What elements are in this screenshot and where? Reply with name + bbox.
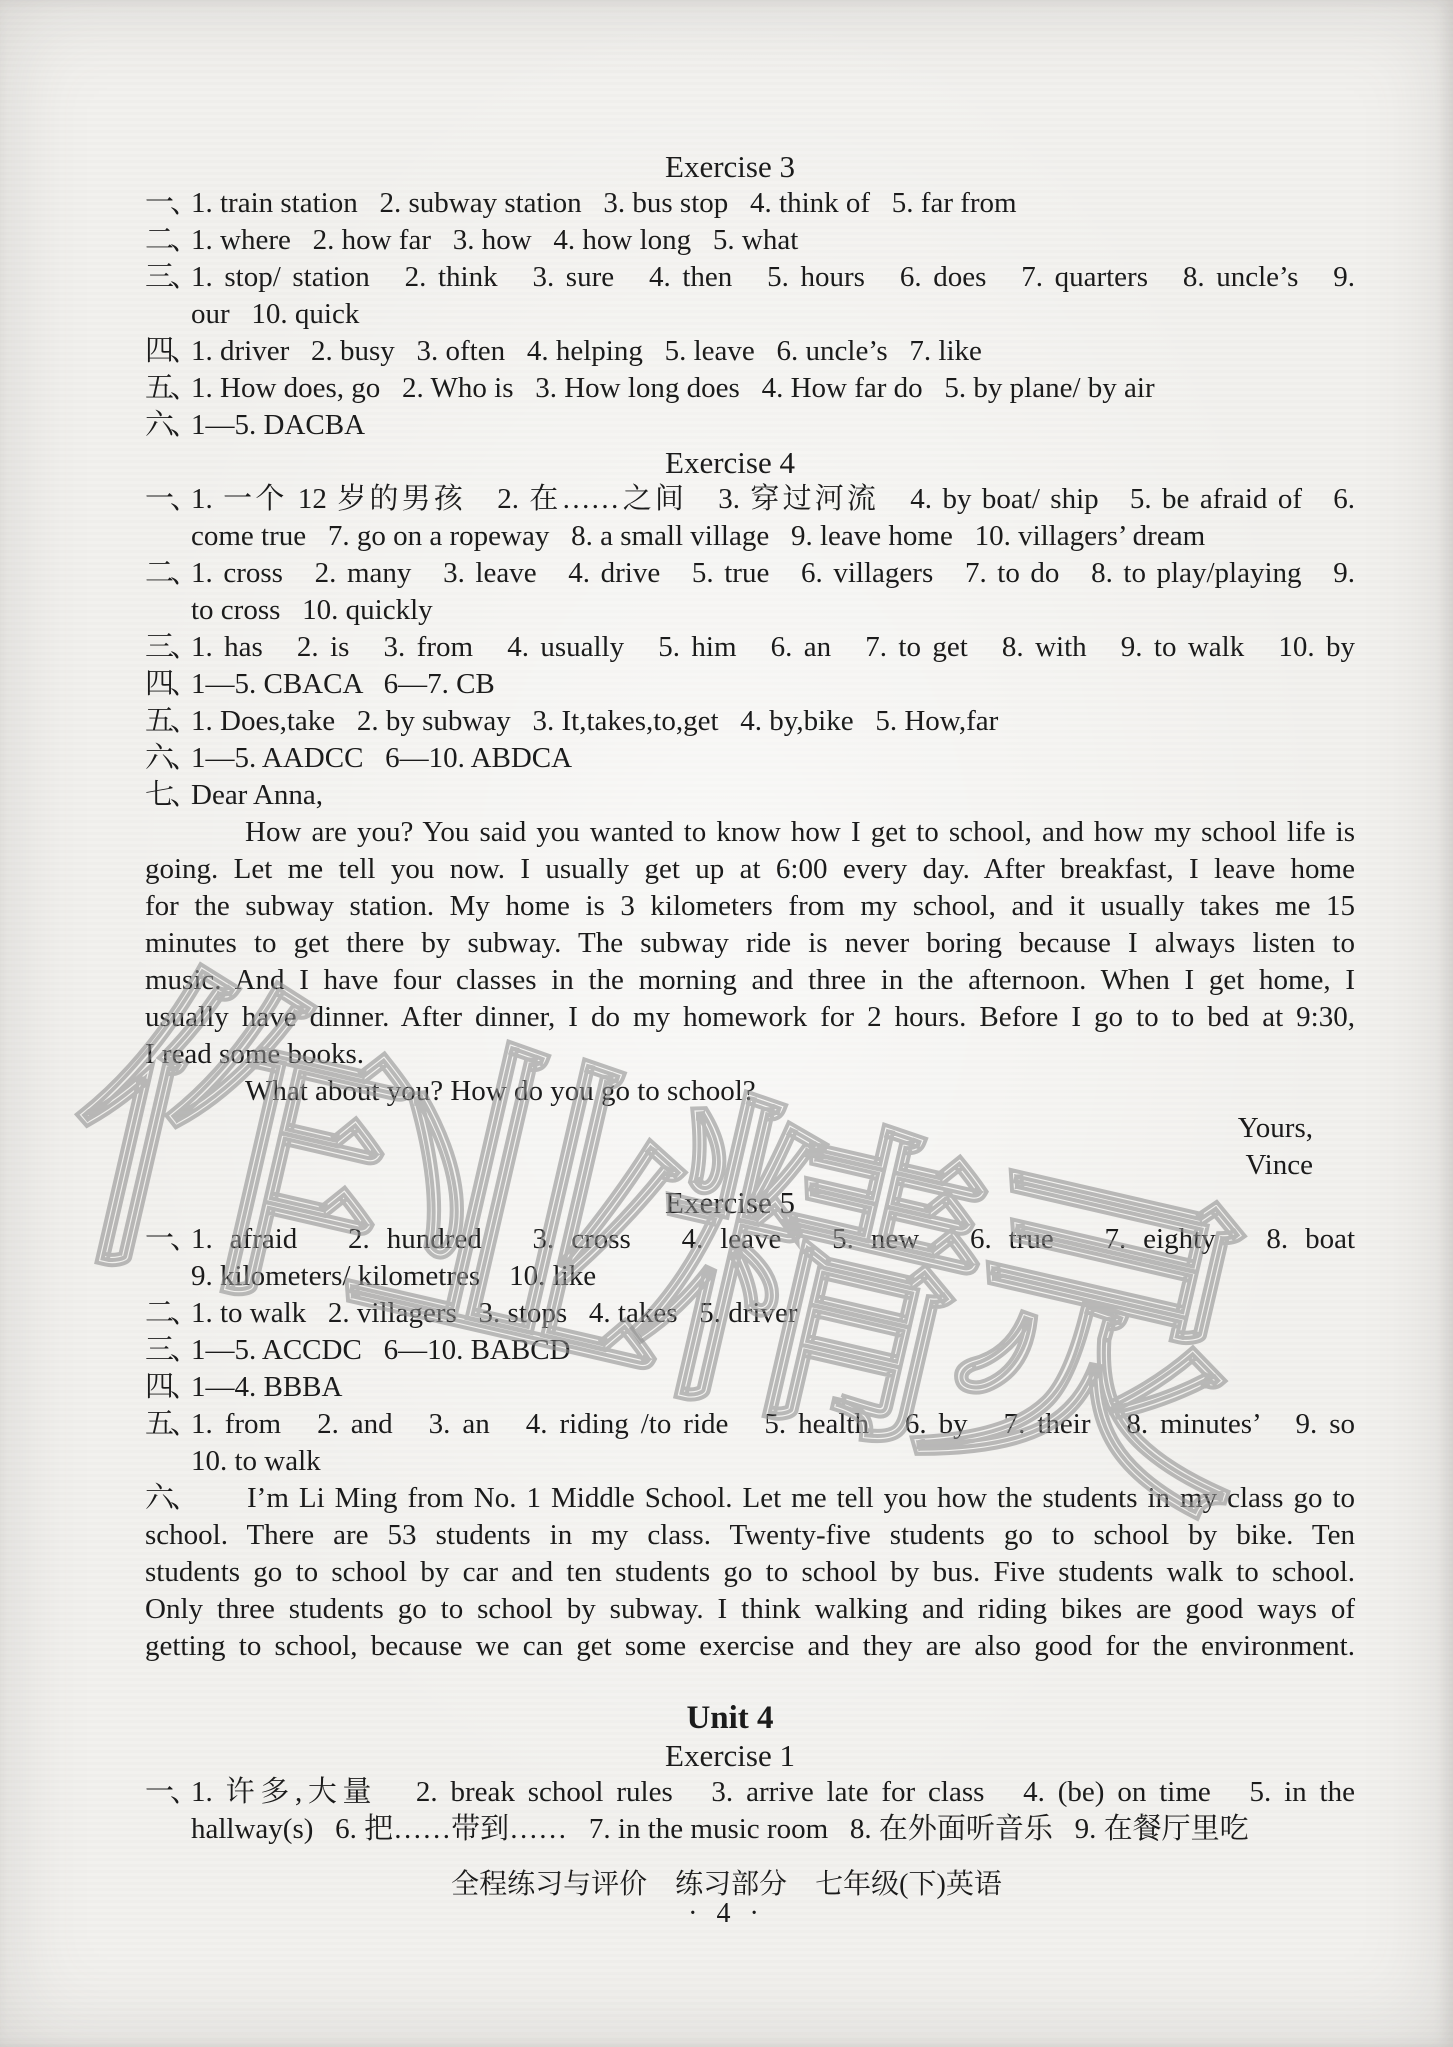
line-text: 1. cross 2. many 3. leave 4. drive 5. tr…: [191, 557, 1355, 589]
continuation-line: to cross 10. quickly: [145, 592, 1355, 629]
line-text: usually have dinner. After dinner, I do …: [145, 1001, 1355, 1033]
paragraph-line: minutes to get there by subway. The subw…: [145, 925, 1355, 962]
answer-line: 五、1. from 2. and 3. an 4. riding /to rid…: [145, 1406, 1355, 1443]
section-label: 三、: [145, 259, 191, 296]
line-text: 1. to walk 2. villagers 3. stops 4. take…: [191, 1297, 798, 1329]
section-label: 四、: [145, 333, 191, 370]
line-text: come true 7. go on a ropeway 8. a small …: [191, 520, 1205, 552]
line-text: hallway(s) 6. 把……带到…… 7. in the music ro…: [191, 1813, 1249, 1845]
paragraph-line: students go to school by car and ten stu…: [145, 1554, 1355, 1591]
line-text: school. There are 53 students in my clas…: [145, 1519, 1355, 1551]
signature-line: Yours,: [145, 1110, 1355, 1147]
line-text: Exercise 3: [665, 149, 795, 184]
paragraph-line: music. And I have four classes in the mo…: [145, 962, 1355, 999]
line-text: 1—5. AADCC 6—10. ABDCA: [191, 742, 572, 774]
answer-line: 二、1. to walk 2. villagers 3. stops 4. ta…: [145, 1295, 1355, 1332]
answer-line: 一、1. 许多,大量 2. break school rules 3. arri…: [145, 1774, 1355, 1811]
line-text: Vince: [1245, 1149, 1313, 1181]
section-label: 五、: [145, 370, 191, 407]
line-text: Dear Anna,: [191, 779, 323, 811]
line-text: 1. 许多,大量 2. break school rules 3. arrive…: [191, 1776, 1355, 1808]
line-text: for the subway station. My home is 3 kil…: [145, 890, 1355, 922]
exercise-heading: Exercise 4: [145, 444, 1355, 481]
line-text: 1—5. CBACA 6—7. CB: [191, 668, 495, 700]
line-text: 1. afraid 2. hundred 3. cross 4. leave 5…: [191, 1223, 1355, 1255]
answer-line: 五、1. Does,take 2. by subway 3. It,takes,…: [145, 703, 1355, 740]
line-text: 1. train station 2. subway station 3. bu…: [191, 187, 1017, 219]
line-text: 1. where 2. how far 3. how 4. how long 5…: [191, 224, 798, 256]
answer-line: 一、1. afraid 2. hundred 3. cross 4. leave…: [145, 1221, 1355, 1258]
answer-line: 二、1. where 2. how far 3. how 4. how long…: [145, 222, 1355, 259]
line-text: 1. has 2. is 3. from 4. usually 5. him 6…: [191, 631, 1355, 663]
paragraph-line: school. There are 53 students in my clas…: [145, 1517, 1355, 1554]
paragraph-line: usually have dinner. After dinner, I do …: [145, 999, 1355, 1036]
paragraph-line: How are you? You said you wanted to know…: [145, 814, 1355, 851]
line-text: going. Let me tell you now. I usually ge…: [145, 853, 1355, 885]
line-text: getting to school, because we can get so…: [145, 1630, 1355, 1662]
line-text: What about you? How do you go to school?: [245, 1075, 756, 1107]
answer-line: 三、1. has 2. is 3. from 4. usually 5. him…: [145, 629, 1355, 666]
answer-line: 六、1—5. DACBA: [145, 407, 1355, 444]
section-label: 六、: [145, 1480, 191, 1517]
line-text: Exercise 1: [665, 1738, 795, 1773]
section-label: 五、: [145, 703, 191, 740]
section-label: 四、: [145, 666, 191, 703]
answer-key-content: Exercise 3一、1. train station 2. subway s…: [145, 148, 1355, 1848]
unit-heading: Unit 4: [145, 1700, 1355, 1737]
paragraph-line: Only three students go to school by subw…: [145, 1591, 1355, 1628]
answer-line: 一、1. 一个 12 岁的男孩 2. 在……之间 3. 穿过河流 4. by b…: [145, 481, 1355, 518]
answer-line: 三、1. stop/ station 2. think 3. sure 4. t…: [145, 259, 1355, 296]
exercise-heading: Exercise 5: [145, 1184, 1355, 1221]
paragraph-line: getting to school, because we can get so…: [145, 1628, 1355, 1665]
line-text: Exercise 5: [665, 1185, 795, 1220]
paragraph-line: What about you? How do you go to school?: [145, 1073, 1355, 1110]
line-text: Exercise 4: [665, 445, 795, 480]
answer-line: 四、1—4. BBBA: [145, 1369, 1355, 1406]
answer-line: 二、1. cross 2. many 3. leave 4. drive 5. …: [145, 555, 1355, 592]
section-label: 四、: [145, 1369, 191, 1406]
line-text: I read some books.: [145, 1038, 364, 1070]
section-label: 二、: [145, 222, 191, 259]
exercise-heading: Exercise 1: [145, 1737, 1355, 1774]
exercise-heading: Exercise 3: [145, 148, 1355, 185]
line-text: 1—5. DACBA: [191, 409, 365, 441]
line-text: our 10. quick: [191, 298, 359, 330]
continuation-line: hallway(s) 6. 把……带到…… 7. in the music ro…: [145, 1811, 1355, 1848]
section-label: 三、: [145, 629, 191, 666]
continuation-line: 10. to walk: [145, 1443, 1355, 1480]
line-text: Yours,: [1238, 1112, 1313, 1144]
answer-line: 三、1—5. ACCDC 6—10. BABCD: [145, 1332, 1355, 1369]
answer-line: 五、1. How does, go 2. Who is 3. How long …: [145, 370, 1355, 407]
line-text: to cross 10. quickly: [191, 594, 433, 626]
line-text: 1. driver 2. busy 3. often 4. helping 5.…: [191, 335, 982, 367]
paragraph-line: I read some books.: [145, 1036, 1355, 1073]
line-text: Only three students go to school by subw…: [145, 1593, 1355, 1625]
footer-book-title: 全程练习与评价 练习部分 七年级(下)英语: [0, 1862, 1453, 1902]
section-label: 六、: [145, 407, 191, 444]
line-text: 9. kilometers/ kilometres 10. like: [191, 1260, 596, 1292]
page-number: · 4 ·: [0, 1898, 1453, 1930]
line-text: I’m Li Ming from No. 1 Middle School. Le…: [191, 1482, 1355, 1514]
line-text: 1—5. ACCDC 6—10. BABCD: [191, 1334, 570, 1366]
continuation-line: 9. kilometers/ kilometres 10. like: [145, 1258, 1355, 1295]
continuation-line: our 10. quick: [145, 296, 1355, 333]
answer-line: 七、Dear Anna,: [145, 777, 1355, 814]
line-text: 1. from 2. and 3. an 4. riding /to ride …: [191, 1408, 1355, 1440]
answer-line: 六、I’m Li Ming from No. 1 Middle School. …: [145, 1480, 1355, 1517]
answer-line: 六、1—5. AADCC 6—10. ABDCA: [145, 740, 1355, 777]
line-text: 10. to walk: [191, 1445, 321, 1477]
section-label: 六、: [145, 740, 191, 777]
signature-line: Vince: [145, 1147, 1355, 1184]
answer-line: 一、1. train station 2. subway station 3. …: [145, 185, 1355, 222]
section-label: 一、: [145, 1221, 191, 1258]
section-label: 三、: [145, 1332, 191, 1369]
line-text: music. And I have four classes in the mo…: [145, 964, 1355, 996]
line-text: 1. 一个 12 岁的男孩 2. 在……之间 3. 穿过河流 4. by boa…: [191, 483, 1355, 515]
answer-line: 四、1—5. CBACA 6—7. CB: [145, 666, 1355, 703]
line-text: Unit 4: [686, 1700, 773, 1736]
line-text: 1—4. BBBA: [191, 1371, 342, 1403]
section-label: 一、: [145, 481, 191, 518]
line-text: 1. How does, go 2. Who is 3. How long do…: [191, 372, 1155, 404]
line-text: 1. Does,take 2. by subway 3. It,takes,to…: [191, 705, 998, 737]
continuation-line: come true 7. go on a ropeway 8. a small …: [145, 518, 1355, 555]
section-label: 二、: [145, 1295, 191, 1332]
line-text: students go to school by car and ten stu…: [145, 1556, 1355, 1588]
section-label: 五、: [145, 1406, 191, 1443]
answer-line: 四、1. driver 2. busy 3. often 4. helping …: [145, 333, 1355, 370]
section-label: 二、: [145, 555, 191, 592]
line-text: How are you? You said you wanted to know…: [245, 816, 1355, 848]
paragraph-line: for the subway station. My home is 3 kil…: [145, 888, 1355, 925]
section-label: 一、: [145, 1774, 191, 1811]
workbook-page: 作业精灵 Exercise 3一、1. train station 2. sub…: [0, 0, 1453, 2047]
paragraph-line: going. Let me tell you now. I usually ge…: [145, 851, 1355, 888]
line-text: 1. stop/ station 2. think 3. sure 4. the…: [191, 261, 1355, 293]
line-text: minutes to get there by subway. The subw…: [145, 927, 1355, 959]
section-label: 七、: [145, 777, 191, 814]
section-label: 一、: [145, 185, 191, 222]
